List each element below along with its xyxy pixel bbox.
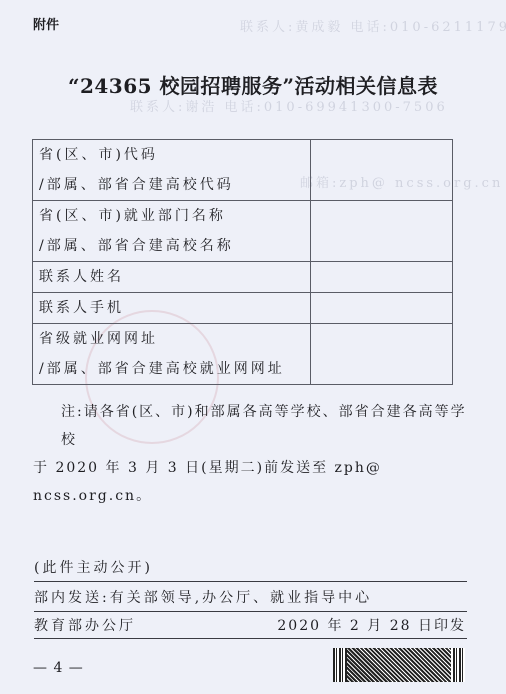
value-cell[interactable]	[310, 140, 452, 201]
table-row: 联系人姓名	[33, 262, 453, 293]
row-label: 省(区、市)代码 /部属、部省合建高校代码	[33, 140, 311, 201]
attachment-label: 附件	[33, 14, 59, 33]
value-cell[interactable]	[310, 293, 452, 324]
table-row: 省级就业网网址 /部属、部省合建高校就业网网址	[33, 324, 453, 385]
divider	[34, 611, 467, 612]
issuer: 教育部办公厅	[34, 615, 136, 635]
info-table: 省(区、市)代码 /部属、部省合建高校代码 省(区、市)就业部门名称 /部属、部…	[32, 139, 453, 385]
document-page: 联系人:黄成毅 电话:010-62111790 联系人:谢浩 电话:010-69…	[0, 0, 506, 694]
divider	[34, 581, 467, 582]
value-cell[interactable]	[310, 324, 452, 385]
value-cell[interactable]	[310, 262, 452, 293]
submission-note: 注:请各省(区、市)和部属各高等学校、部省合建各高等学校 于 2020 年 3 …	[33, 398, 473, 510]
page-number: — 4 —	[33, 660, 84, 676]
document-title: “24365 校园招聘服务”活动相关信息表	[0, 70, 506, 99]
table-row: 省(区、市)代码 /部属、部省合建高校代码	[33, 140, 453, 201]
table-row: 省(区、市)就业部门名称 /部属、部省合建高校名称	[33, 201, 453, 262]
row-label: 省(区、市)就业部门名称 /部属、部省合建高校名称	[33, 201, 311, 262]
value-cell[interactable]	[310, 201, 452, 262]
row-label: 省级就业网网址 /部属、部省合建高校就业网网址	[33, 324, 311, 385]
note-line: 注:请各省(区、市)和部属各高等学校、部省合建各高等学校	[33, 398, 473, 454]
row-label: 联系人手机	[33, 293, 311, 324]
divider	[34, 638, 467, 639]
table-row: 联系人手机	[33, 293, 453, 324]
bleed-through-text: 联系人:黄成毅 电话:010-62111790	[240, 16, 506, 35]
issue-date: 2020 年 2 月 28 日印发	[277, 615, 466, 635]
note-line: 于 2020 年 3 月 3 日(星期二)前发送至 zph@ ncss.org.…	[33, 454, 473, 510]
public-notice: (此件主动公开)	[34, 557, 153, 577]
distribution-list: 部内发送:有关部领导,办公厅、就业指导中心	[34, 587, 372, 607]
barcode-icon	[333, 648, 465, 682]
row-label: 联系人姓名	[33, 262, 311, 293]
